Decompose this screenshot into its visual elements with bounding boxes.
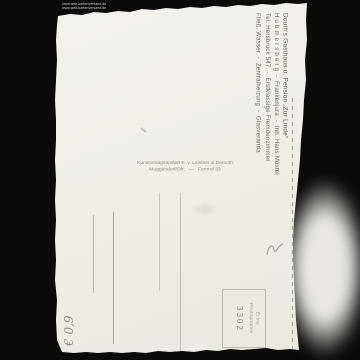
stamp-word-1: Echte <box>254 296 260 342</box>
stamp-box: Echte Photographie 3302 <box>222 289 266 348</box>
card-edge-crease <box>292 98 293 352</box>
address-line-3 <box>159 193 160 291</box>
paper-smudge <box>192 203 218 216</box>
hotel-info-block: Douth's Gasthaus u. Pension „Zur Linde“ … <box>252 13 290 169</box>
hotel-info-line-2: H u b m e r s b e r g - Frankenjura - In… <box>271 13 280 169</box>
hotel-info-line-4: Fließ. Wasser - Zentralheizung - Glasver… <box>252 13 261 169</box>
pencil-price-handwriting: € 0,9 <box>62 286 78 346</box>
publisher-line-2: Muggendorf/Ofr. — Fernruf 33 <box>115 167 254 174</box>
stamp-box-number: 3302 <box>235 290 244 347</box>
publisher-imprint: Kunstverlagsanstalt E. v. Leistner & Dem… <box>115 160 254 173</box>
watermark: www.web-kartenversand.de www.web-kartenv… <box>62 2 106 10</box>
postcard-content: www.web-kartenversand.de www.web-kartenv… <box>0 0 360 360</box>
hotel-info-line-1: Douth's Gasthaus u. Pension „Zur Linde“ <box>280 13 289 169</box>
address-line-2 <box>113 212 114 344</box>
postcard-photo: www.web-kartenversand.de www.web-kartenv… <box>0 0 360 360</box>
stamp-word-2: Photographie <box>248 296 254 342</box>
address-line-1 <box>93 215 94 293</box>
address-line-4 <box>180 193 181 351</box>
paper-smudge-small <box>140 127 147 133</box>
stamp-box-words: Echte Photographie <box>248 296 261 342</box>
hotel-info-line-3: Tel. Hersbruck 547 - Erstklassige Fremde… <box>261 13 270 169</box>
pencil-mark <box>265 240 285 258</box>
watermark-line-2: www.web-kartenversand.de <box>62 6 106 10</box>
